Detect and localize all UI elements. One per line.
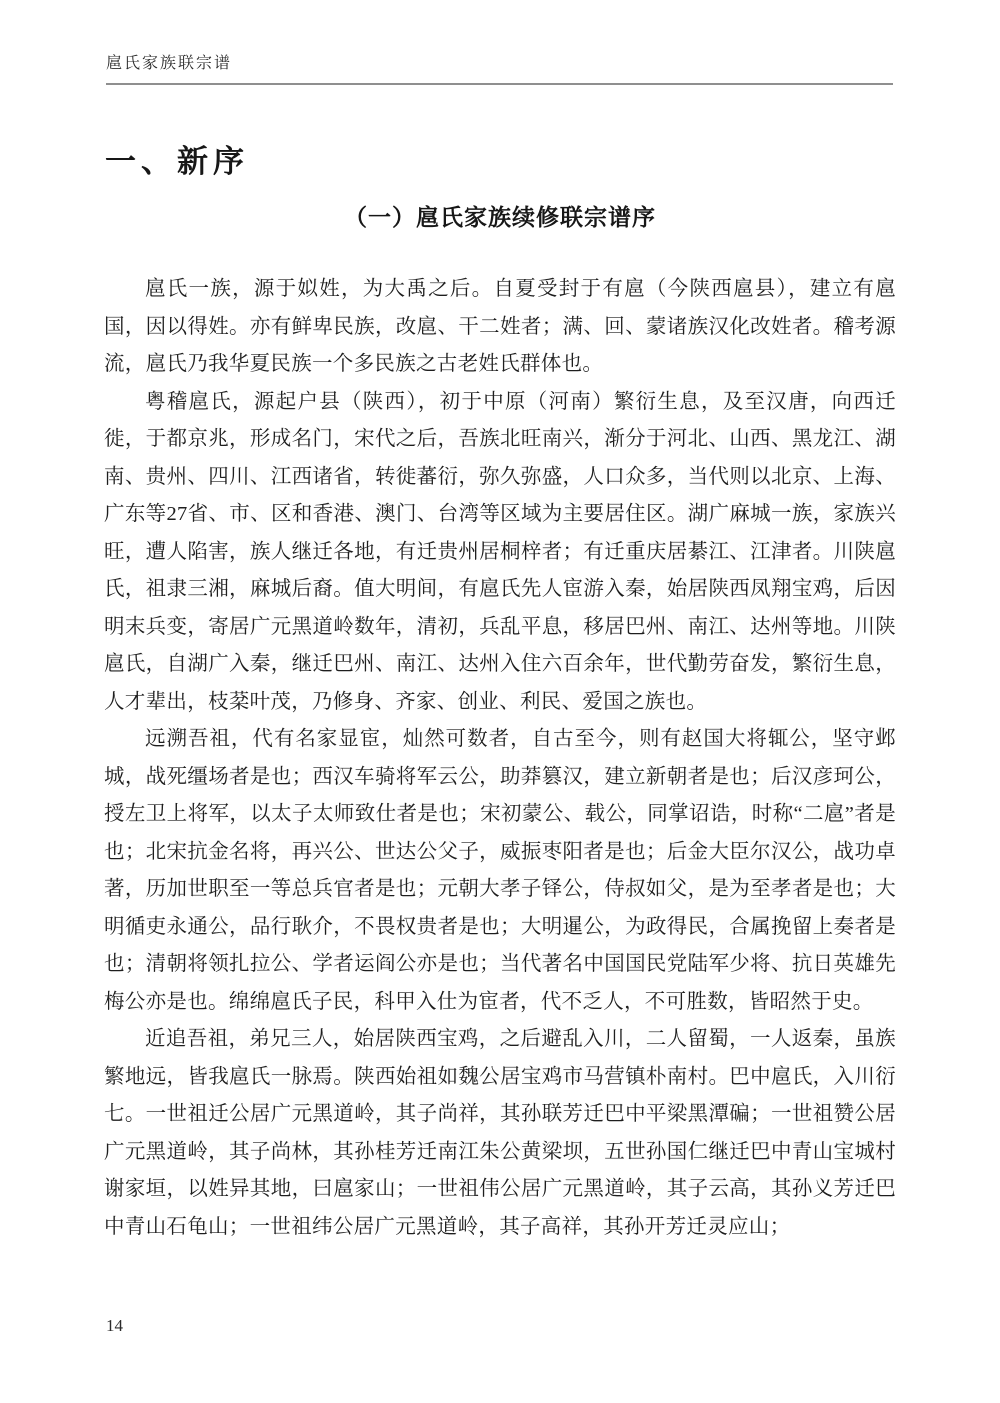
body-text: 扈氏一族，源于姒姓，为大禹之后。自夏受封于有扈（今陕西扈县），建立有扈国，因以得… [104, 271, 896, 1246]
paragraph-1: 扈氏一族，源于姒姓，为大禹之后。自夏受封于有扈（今陕西扈县），建立有扈国，因以得… [104, 271, 896, 384]
book-title: 扈氏家族联宗谱 [106, 50, 894, 73]
paragraph-4: 近追吾祖，弟兄三人，始居陕西宝鸡，之后避乱入川，二人留蜀，一人返秦，虽族繁地远，… [104, 1021, 896, 1246]
running-header: 扈氏家族联宗谱 [106, 50, 894, 73]
paragraph-2: 粤稽扈氏，源起户县（陕西），初于中原（河南）繁衍生息，及至汉唐，向西迁徙，于都京… [104, 384, 896, 722]
header-rule [106, 83, 893, 85]
section-title: 一、新序 [105, 136, 249, 181]
page-number: 14 [106, 1316, 123, 1336]
paragraph-3: 远溯吾祖，代有名家显宦，灿然可数者，自古至今，则有赵国大将辄公，坚守邺城，战死缰… [104, 721, 896, 1021]
document-page: 扈氏家族联宗谱 一、新序 （一）扈氏家族续修联宗谱序 扈氏一族，源于姒姓，为大禹… [0, 0, 1000, 1403]
chapter-subtitle: （一）扈氏家族续修联宗谱序 [105, 199, 895, 232]
